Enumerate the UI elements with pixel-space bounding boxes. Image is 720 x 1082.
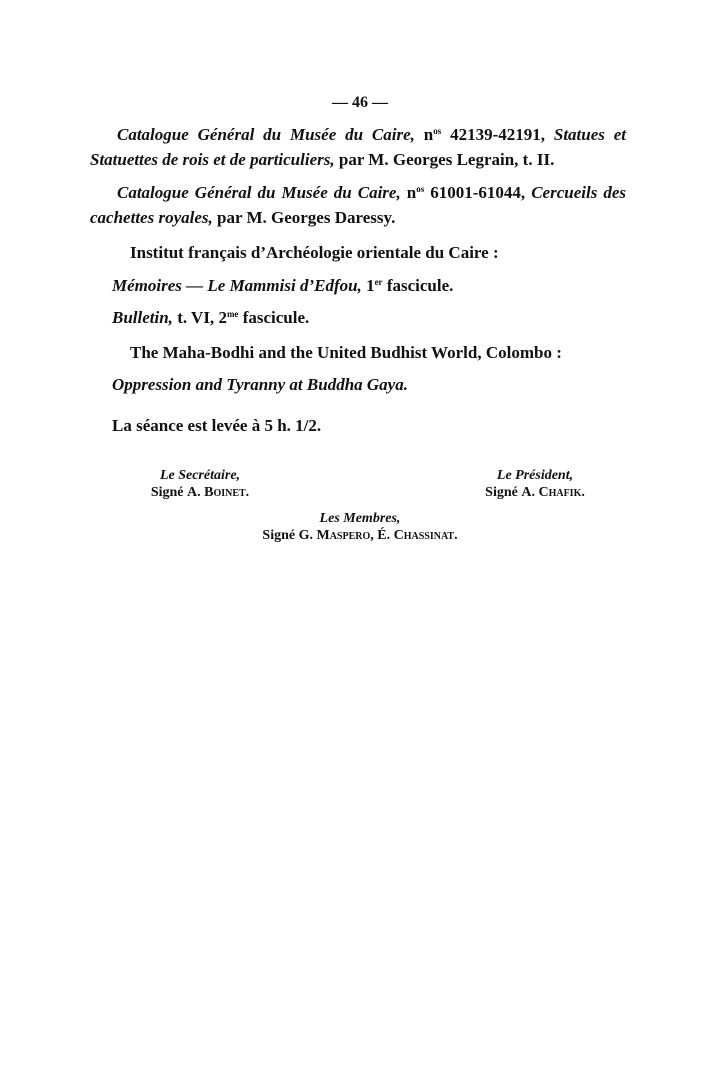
president-role: Le Président, [460, 467, 610, 484]
catalogue-entry-2-line-1: Catalogue Général du Musée du Caire, nos… [90, 183, 626, 203]
numbers-label: nos [407, 183, 424, 202]
catalogue-title: Catalogue Général du Musée du Caire, [117, 125, 415, 144]
members-role: Les Membres, [230, 510, 490, 527]
mahabodhi-heading: The Maha-Bodhi and the United Budhist Wo… [130, 343, 562, 363]
mahabodhi-title: Oppression and Tyranny at Buddha Gaya. [112, 375, 408, 395]
catalogue-numbers: 61001-61044, [430, 183, 525, 202]
page-number: — 46 — [0, 93, 720, 113]
catalogue-author: par M. Georges Daressy. [217, 208, 395, 227]
members-signature: Les Membres, Signé G. Maspero, É. Chassi… [230, 510, 490, 544]
secretary-signed: Signé A. Boinet. [130, 484, 270, 501]
bulletin-volume: t. VI, [177, 308, 214, 327]
bulletin-title: Bulletin, [112, 308, 173, 327]
bulletin-fascicule: fascicule. [243, 308, 310, 327]
memoires-fascicule: fascicule. [387, 276, 454, 295]
secretary-signature: Le Secrétaire, Signé A. Boinet. [130, 467, 270, 501]
memoires-line: Mémoires — Le Mammisi d’Edfou, 1er fasci… [112, 276, 453, 296]
catalogue-entry-1-line-1: Catalogue Général du Musée du Caire, nos… [90, 125, 626, 145]
catalogue-numbers: 42139-42191, [450, 125, 545, 144]
bulletin-line: Bulletin, t. VI, 2me fascicule. [112, 308, 309, 328]
bulletin-fascicule-number: 2me [218, 308, 238, 327]
catalogue-entry-1-line-2: Statuettes de rois et de particuliers, p… [90, 150, 554, 170]
catalogue-subtitle: Statues et [554, 125, 626, 144]
memoires-title: Mémoires — Le Mammisi d’Edfou, [112, 276, 362, 295]
catalogue-subtitle: cachettes royales, [90, 208, 213, 227]
memoires-fascicule-number: 1er [366, 276, 383, 295]
members-signed: Signé G. Maspero, É. Chassinat. [230, 527, 490, 544]
closing-statement: La séance est levée à 5 h. 1/2. [112, 416, 321, 436]
president-signature: Le Président, Signé A. Chafik. [460, 467, 610, 501]
catalogue-subtitle: Statuettes de rois et de particuliers, [90, 150, 335, 169]
catalogue-author: par M. Georges Legrain, t. II. [339, 150, 554, 169]
institut-heading: Institut français d’Archéologie oriental… [130, 243, 499, 263]
numbers-label: nos [424, 125, 441, 144]
catalogue-entry-2-line-2: cachettes royales, par M. Georges Daress… [90, 208, 395, 228]
secretary-role: Le Secrétaire, [130, 467, 270, 484]
catalogue-title: Catalogue Général du Musée du Caire, [117, 183, 401, 202]
catalogue-subtitle: Cercueils des [531, 183, 626, 202]
president-signed: Signé A. Chafik. [460, 484, 610, 501]
document-page: — 46 — Catalogue Général du Musée du Cai… [0, 0, 720, 1082]
